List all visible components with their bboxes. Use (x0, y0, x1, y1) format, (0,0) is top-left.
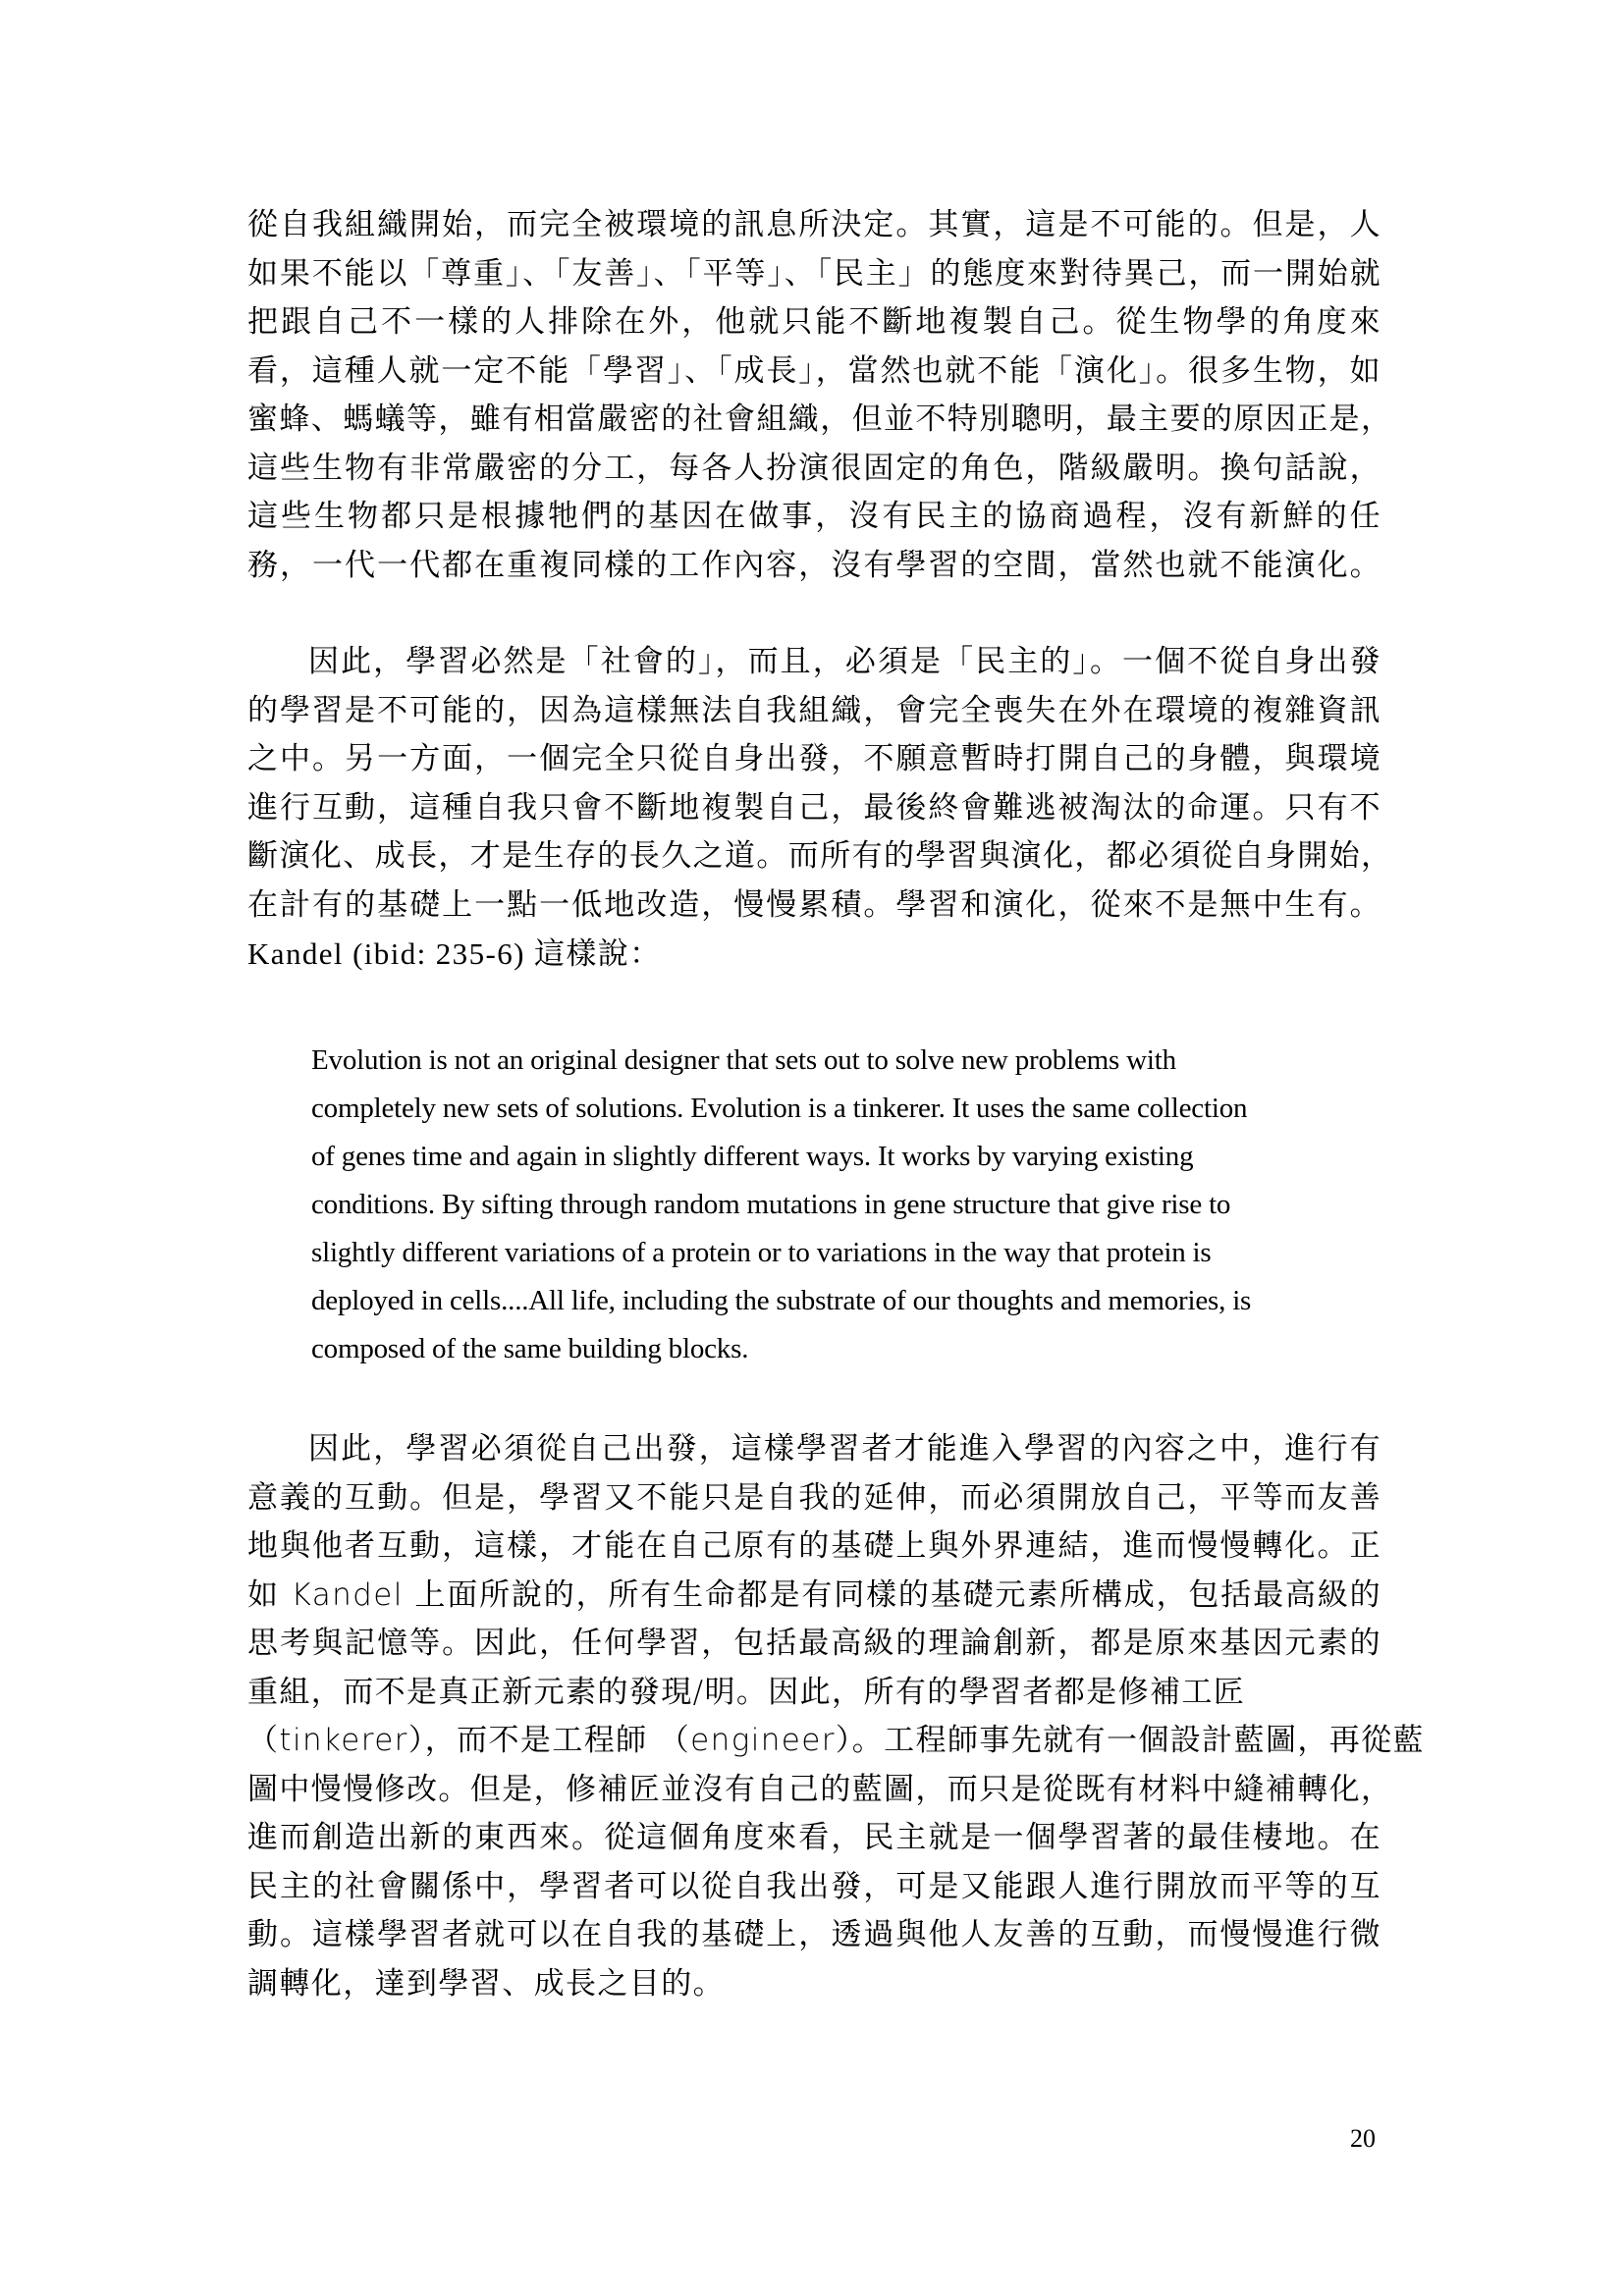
text-line: 在計有的基礎上一點一低地改造，慢慢累積。學習和演化，從來不是無中生有。 (247, 881, 1381, 931)
text-line: 之中。另一方面，一個完全只從自身出發，不願意暫時打開自己的身體，與環境 (247, 735, 1381, 784)
quote-line: completely new sets of solutions. Evolut… (311, 1085, 1293, 1133)
paragraph-3: 因此，學習必須從自己出發，這樣學習者才能進入學習的內容之中，進行有 意義的互動。… (247, 1425, 1381, 2008)
text-line: 從自我組織開始，而完全被環境的訊息所決定。其實，這是不可能的。但是，人 (247, 201, 1381, 250)
text-line: 地與他者互動，這樣，才能在自己原有的基礎上與外界連結，進而慢慢轉化。正 (247, 1522, 1381, 1572)
text-line: 思考與記憶等。因此，任何學習，包括最高級的理論創新，都是原來基因元素的 (247, 1620, 1381, 1669)
text-line: 務，一代一代都在重複同樣的工作內容，沒有學習的空間，當然也就不能演化。 (247, 542, 1381, 591)
quote-line: Evolution is not an original designer th… (311, 1037, 1293, 1085)
text-line: 把跟自己不一樣的人排除在外，他就只能不斷地複製自己。從生物學的角度來 (247, 298, 1381, 347)
text-line: 進行互動，這種自我只會不斷地複製自己，最後終會難逃被淘汰的命運。只有不 (247, 784, 1381, 833)
quote-line: conditions. By sifting through random mu… (311, 1181, 1293, 1229)
text-line: 這些生物有非常嚴密的分工，每各人扮演很固定的角色，階級嚴明。換句話說， (247, 445, 1381, 494)
text-line: 進而創造出新的東西來。從這個角度來看，民主就是一個學習著的最佳棲地。在 (247, 1814, 1381, 1863)
text-line: 圖中慢慢修改。但是，修補匠並沒有自己的藍圖，而只是從既有材料中縫補轉化， (247, 1766, 1381, 1815)
text-line: 重組，而不是真正新元素的發現/明。因此，所有的學習者都是修補工匠 (247, 1669, 1381, 1718)
text-line: 如果不能以「尊重」、「友善」、「平等」、「民主」的態度來對待異己，而一開始就 (247, 250, 1381, 299)
text-line: 蜜蜂、螞蟻等，雖有相當嚴密的社會組織，但並不特別聰明，最主要的原因正是， (247, 396, 1381, 445)
text-line: 的學習是不可能的，因為這樣無法自我組織，會完全喪失在外在環境的複雜資訊 (247, 687, 1381, 736)
text-line: 調轉化，達到學習、成長之目的。 (247, 1960, 1381, 2009)
document-page: 從自我組織開始，而完全被環境的訊息所決定。其實，這是不可能的。但是，人 如果不能… (0, 0, 1624, 2296)
paragraph-1: 從自我組織開始，而完全被環境的訊息所決定。其實，這是不可能的。但是，人 如果不能… (247, 201, 1381, 590)
quote-line: composed of the same building blocks. (311, 1325, 1293, 1373)
quote-line: deployed in cells....All life, including… (311, 1277, 1293, 1325)
text-line: （tinkerer），而不是工程師 （engineer）。工程師事先就有一個設計… (247, 1717, 1381, 1766)
quote-line: of genes time and again in slightly diff… (311, 1133, 1293, 1181)
text-line: 這些生物都只是根據牠們的基因在做事，沒有民主的協商過程，沒有新鮮的任 (247, 493, 1381, 542)
text-line: 民主的社會關係中，學習者可以從自我出發，可是又能跟人進行開放而平等的互 (247, 1863, 1381, 1912)
citation-line: Kandel (ibid: 235-6) 這樣說： (247, 930, 1381, 979)
text-line: 意義的互動。但是，學習又不能只是自我的延伸，而必須開放自己，平等而友善 (247, 1474, 1381, 1523)
block-quote: Evolution is not an original designer th… (311, 1037, 1293, 1373)
text-line: 如 Kandel 上面所說的，所有生命都是有同樣的基礎元素所構成，包括最高級的 (247, 1572, 1381, 1621)
text-line: 動。這樣學習者就可以在自我的基礎上，透過與他人友善的互動，而慢慢進行微 (247, 1911, 1381, 1960)
text-line: 因此，學習必須從自己出發，這樣學習者才能進入學習的內容之中，進行有 (247, 1425, 1381, 1474)
text-line: 因此，學習必然是「社會的」，而且，必須是「民主的」。一個不從自身出發 (247, 638, 1381, 687)
text-line: 看，這種人就一定不能「學習」、「成長」，當然也就不能「演化」。很多生物，如 (247, 347, 1381, 397)
text-line: 斷演化、成長，才是生存的長久之道。而所有的學習與演化，都必須從自身開始， (247, 832, 1381, 881)
paragraph-2: 因此，學習必然是「社會的」，而且，必須是「民主的」。一個不從自身出發 的學習是不… (247, 638, 1381, 979)
quote-line: slightly different variations of a prote… (311, 1229, 1293, 1277)
page-number: 20 (1350, 2124, 1376, 2154)
